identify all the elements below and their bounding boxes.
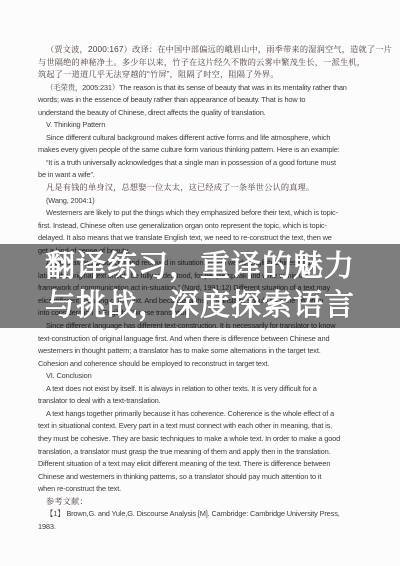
overlay-title-line-1: 翻译练习，重译的魅力 [0, 244, 400, 286]
text-line: 参考文献： [38, 496, 358, 509]
text-line: Cohesion and coherence should be employe… [38, 358, 358, 371]
text-line: text-construction of original language f… [38, 333, 358, 346]
text-line: VI. Conclusion [38, 370, 358, 383]
text-line: Westerners are likely to put the things … [38, 207, 358, 220]
text-line: (Wang, 2004:1) [38, 195, 358, 208]
text-line: be in want a wife”. [38, 169, 358, 182]
text-line: Since different cultural background make… [38, 132, 358, 145]
text-line: Different situation of a text may elicit… [38, 458, 358, 471]
text-line: 【1】 Brown,G. and Yule,G. Discourse Analy… [38, 508, 358, 521]
text-line: A text does not exist by itself. It is a… [38, 383, 358, 396]
overlay-title-line-2: 与挑战，深度探索语言 [0, 286, 400, 325]
text-line: first. Instead, Chinese often use genera… [38, 220, 358, 233]
text-line: V. Thinking Pattern [38, 119, 358, 132]
text-line: A text hangs together primarily because … [38, 408, 358, 421]
text-line: 凡是有钱的单身汉，总想娶一位太太，这已经成了一条举世公认的真理。 [38, 182, 358, 195]
text-line: understand the beauty of Chinese, direct… [38, 107, 358, 120]
text-line: delayed. It also means that we translate… [38, 232, 358, 245]
title-overlay: 翻译练习，重译的魅力 与挑战，深度探索语言 [0, 244, 400, 328]
text-line: “It is a truth universally acknowledges … [38, 157, 358, 170]
text-line: Chinese and westerners in thinking patte… [38, 471, 358, 484]
text-line: text in situational context. Every part … [38, 420, 358, 433]
text-line: 与世隔绝的神秘净土。多少年以来，竹子在这片经久不散的云雾中繁茂生长，一派生机， [38, 57, 358, 70]
text-line: makes every given people of the same cul… [38, 144, 358, 157]
text-line: when re-construct the text. [38, 483, 358, 496]
text-line: 1983. [38, 521, 358, 534]
text-line: translation, a translator must grasp the… [38, 446, 358, 459]
text-line: 筑起了一道道几乎无法穿越的“竹屏”，阻隔了时空，阻隔了外界。 [38, 69, 358, 82]
text-line: words; was in the essence of beauty rath… [38, 94, 358, 107]
text-line: translator to deal with a text-translati… [38, 395, 358, 408]
text-line: （贾文波，2000:167）改译：在中国中部偏远的峨眉山中，雨季带来的湿润空气，… [38, 44, 358, 57]
text-line: they must be cohesive. They are basic te… [38, 433, 358, 446]
text-line: westerners in thought pattern; a transla… [38, 345, 358, 358]
text-line: （毛荣贵，2005:231）The reason is that its sen… [38, 82, 358, 95]
